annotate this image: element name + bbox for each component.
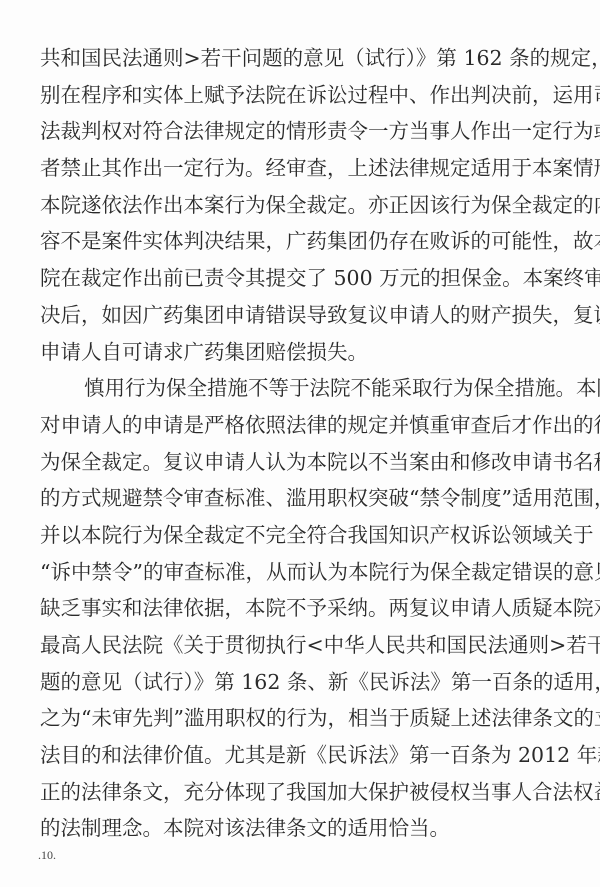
text-line: 的法制理念。本院对该法律条文的适用恰当。	[40, 810, 572, 847]
text-line: 法裁判权对符合法律规定的情形责令一方当事人作出一定行为或	[40, 113, 572, 150]
text-line: 共和国民法通则>若干问题的意见（试行）》第 162 条的规定，分	[40, 40, 572, 77]
text-line: 本院遂依法作出本案行为保全裁定。亦正因该行为保全裁定的内	[40, 187, 572, 224]
text-line: 最高人民法院《关于贯彻执行<中华人民共和国民法通则>若干问	[40, 627, 572, 664]
text-line: 为保全裁定。复议申请人认为本院以不当案由和修改申请书名称	[40, 444, 572, 481]
text-line: 法目的和法律价值。尤其是新《民诉法》第一百条为 2012 年新修	[40, 737, 572, 774]
document-page: 共和国民法通则>若干问题的意见（试行）》第 162 条的规定，分 别在程序和实体…	[40, 40, 572, 847]
text-line: 的方式规避禁令审查标准、滥用职权突破“禁令制度”适用范围，	[40, 480, 572, 517]
text-line: 对申请人的申请是严格依照法律的规定并慎重审查后才作出的行	[40, 407, 572, 444]
text-line: 决后，如因广药集团申请错误导致复议申请人的财产损失，复议	[40, 297, 572, 334]
text-line: 并以本院行为保全裁定不完全符合我国知识产权诉讼领域关于	[40, 517, 572, 554]
text-line: 缺乏事实和法律依据，本院不予采纳。两复议申请人质疑本院对	[40, 590, 572, 627]
text-line: 题的意见（试行）》第 162 条、新《民诉法》第一百条的适用，称	[40, 664, 572, 701]
text-line: 别在程序和实体上赋予法院在诉讼过程中、作出判决前，运用司	[40, 77, 572, 114]
text-line: 容不是案件实体判决结果，广药集团仍存在败诉的可能性，故本	[40, 223, 572, 260]
text-line: 慎用行为保全措施不等于法院不能采取行为保全措施。本院	[40, 370, 572, 407]
text-line: 申请人自可请求广药集团赔偿损失。	[40, 334, 572, 371]
text-line: 正的法律条文，充分体现了我国加大保护被侵权当事人合法权益	[40, 774, 572, 811]
text-line: 之为“未审先判”滥用职权的行为，相当于质疑上述法律条文的立	[40, 700, 572, 737]
paragraph-1: 共和国民法通则>若干问题的意见（试行）》第 162 条的规定，分 别在程序和实体…	[40, 40, 572, 370]
page-number: .10.	[38, 848, 56, 863]
text-line: “诉中禁令”的审查标准，从而认为本院行为保全裁定错误的意见	[40, 554, 572, 591]
text-line: 者禁止其作出一定行为。经审查，上述法律规定适用于本案情形，	[40, 150, 572, 187]
paragraph-2: 慎用行为保全措施不等于法院不能采取行为保全措施。本院 对申请人的申请是严格依照法…	[40, 370, 572, 847]
text-line: 院在裁定作出前已责令其提交了 500 万元的担保金。本案终审判	[40, 260, 572, 297]
